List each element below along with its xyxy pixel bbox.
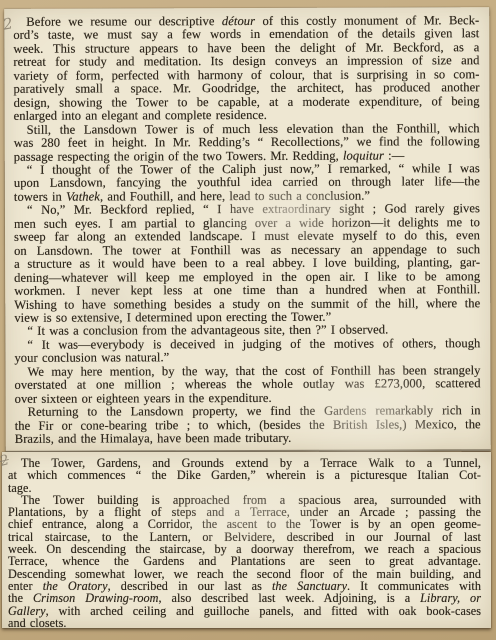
paragraph: The Tower, Gardens, and Grounds extend b… [8, 457, 481, 494]
paragraph: Before we resume our descriptive détour … [13, 14, 479, 123]
paragraph: Still, the Lansdown Tower is of much les… [14, 122, 480, 164]
paragraph: “ No,” Mr. Beckford replied, “ I have ex… [14, 203, 480, 326]
paragraph: “ It was—everybody is deceived in judgin… [14, 337, 480, 366]
text-line: chief entrance, along a Corridor, the as… [8, 518, 481, 530]
text-line: Brazils, and the Himalaya, have been mad… [15, 431, 481, 446]
paragraph: We may here mention, by the way, that th… [14, 364, 480, 406]
text-line: “ It was—everybody is deceived in judgin… [14, 337, 480, 352]
scanned-page: Before we resume our descriptive détour … [0, 0, 496, 640]
text-line: at which commences “ the Dike Garden,” w… [8, 469, 481, 481]
newspaper-clipping-top: Before we resume our descriptive détour … [4, 7, 491, 453]
text-line: Terrace, whence the Gardens and Plantati… [8, 555, 481, 567]
newspaper-clipping-bottom: The Tower, Gardens, and Grounds extend b… [2, 452, 491, 628]
paragraph: Returning to the Lansdown property, we f… [15, 404, 481, 446]
text-line: and closets. [8, 617, 481, 629]
paragraph: The Tower building is approached from a … [8, 494, 481, 629]
paragraph: “ I thought of the Tower of the Caliph j… [14, 162, 480, 204]
text-line: the Crimson Drawing-room, also described… [8, 592, 481, 604]
text-line: Gallery, with arched ceiling and guilloc… [8, 605, 481, 617]
